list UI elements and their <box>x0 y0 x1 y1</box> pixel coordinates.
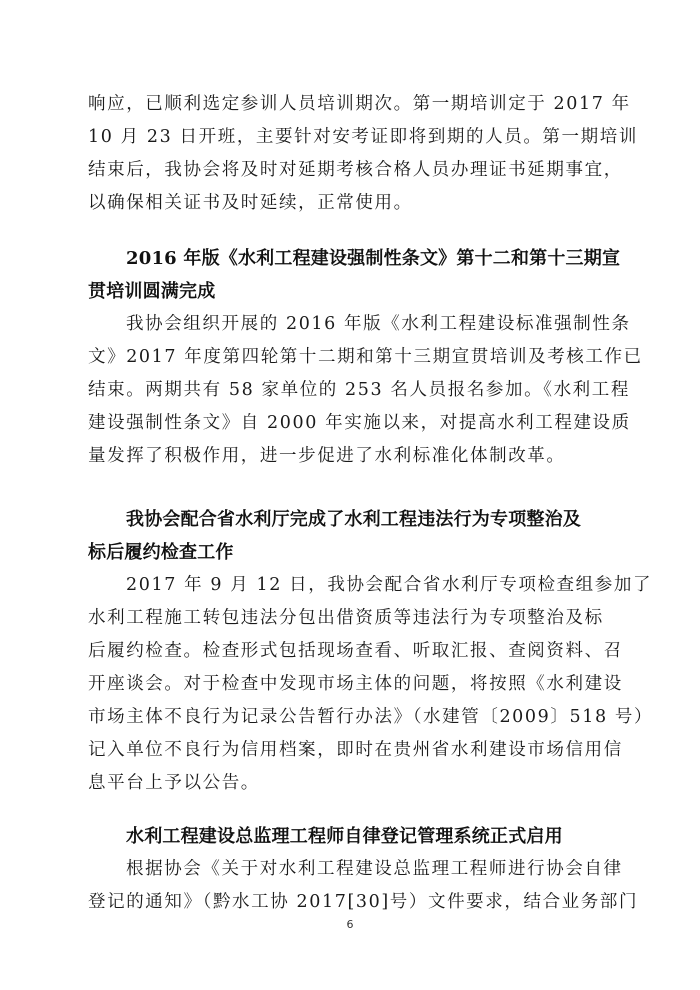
text-line: 文》2017 年度第四轮第十二期和第十三期宣贯培训及考核工作已 <box>88 341 614 374</box>
document-page: 响应，已顺利选定参训人员培训期次。第一期培训定于 2017 年 10 月 23 … <box>88 88 614 919</box>
text-line: 水利工程施工转包违法分包出借资质等违法行为专项整治及标 <box>88 602 614 635</box>
text-line: 我协会组织开展的 2016 年版《水利工程建设标准强制性条 <box>88 308 614 341</box>
text-line: 后履约检查。检查形式包括现场查看、听取汇报、查阅资料、召 <box>88 635 614 668</box>
section-heading: 标后履约检查工作 <box>88 536 614 569</box>
paragraph-training-schedule: 响应，已顺利选定参训人员培训期次。第一期培训定于 2017 年 10 月 23 … <box>88 88 614 220</box>
text-line: 2017 年 9 月 12 日，我协会配合省水利厅专项检查组参加了 <box>88 569 614 602</box>
text-line: 响应，已顺利选定参训人员培训期次。第一期培训定于 2017 年 <box>88 88 614 121</box>
section-mandatory-provisions-training: 2016 年版《水利工程建设强制性条文》第十二和第十三期宣 贯培训圆满完成 我协… <box>88 242 614 473</box>
text-line: 结束后，我协会将及时对延期考核合格人员办理证书延期事宜， <box>88 154 614 187</box>
text-line: 根据协会《关于对水利工程建设总监理工程师进行协会自律 <box>88 853 614 886</box>
text-line: 开座谈会。对于检查中发现市场主体的问题，将按照《水利建设 <box>88 668 614 701</box>
section-chief-supervisor-registration: 水利工程建设总监理工程师自律登记管理系统正式启用 根据协会《关于对水利工程建设总… <box>88 820 614 919</box>
text-line: 以确保相关证书及时延续，正常使用。 <box>88 187 614 220</box>
section-illegal-conduct-inspection: 我协会配合省水利厅完成了水利工程违法行为专项整治及 标后履约检查工作 2017 … <box>88 503 614 800</box>
section-heading: 我协会配合省水利厅完成了水利工程违法行为专项整治及 <box>88 503 614 536</box>
text-line: 结束。两期共有 58 家单位的 253 名人员报名参加。《水利工程 <box>88 374 614 407</box>
text-line: 10 月 23 日开班，主要针对安考证即将到期的人员。第一期培训 <box>88 121 614 154</box>
text-line: 市场主体不良行为记录公告暂行办法》（水建管〔2009〕518 号） <box>88 701 614 734</box>
text-line: 息平台上予以公告。 <box>88 767 614 800</box>
section-heading: 水利工程建设总监理工程师自律登记管理系统正式启用 <box>88 820 614 853</box>
section-heading: 贯培训圆满完成 <box>88 275 614 308</box>
page-number: 6 <box>0 918 700 931</box>
text-line: 记入单位不良行为信用档案，即时在贵州省水利建设市场信用信 <box>88 734 614 767</box>
section-heading: 2016 年版《水利工程建设强制性条文》第十二和第十三期宣 <box>88 242 614 275</box>
text-line: 量发挥了积极作用，进一步促进了水利标准化体制改革。 <box>88 440 614 473</box>
text-line: 建设强制性条文》自 2000 年实施以来，对提高水利工程建设质 <box>88 407 614 440</box>
text-line: 登记的通知》（黔水工协 2017[30]号）文件要求，结合业务部门 <box>88 886 614 919</box>
